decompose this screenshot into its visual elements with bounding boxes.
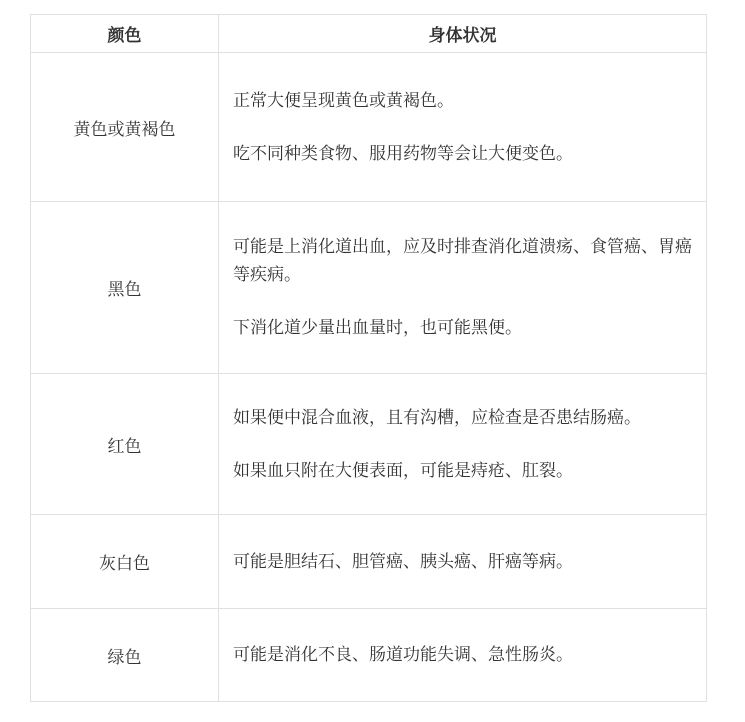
condition-cell: 可能是胆结石、胆管癌、胰头癌、肝癌等病。 — [219, 515, 707, 609]
condition-paragraph: 吃不同种类食物、服用药物等会让大便变色。 — [233, 140, 692, 168]
condition-paragraph: 可能是上消化道出血，应及时排查消化道溃疡、食管癌、胃癌等疾病。 — [233, 233, 692, 289]
condition-paragraph: 如果便中混合血液，且有沟槽，应检查是否患结肠癌。 — [233, 404, 692, 432]
color-cell: 红色 — [31, 374, 219, 515]
condition-cell: 可能是消化不良、肠道功能失调、急性肠炎。 — [219, 609, 707, 702]
header-color: 颜色 — [31, 15, 219, 53]
condition-paragraph: 可能是胆结石、胆管癌、胰头癌、肝癌等病。 — [233, 548, 692, 576]
color-cell: 绿色 — [31, 609, 219, 702]
table-row: 红色 如果便中混合血液，且有沟槽，应检查是否患结肠癌。 如果血只附在大便表面，可… — [31, 374, 707, 515]
condition-paragraph: 可能是消化不良、肠道功能失调、急性肠炎。 — [233, 641, 692, 669]
table-header-row: 颜色 身体状况 — [31, 15, 707, 53]
condition-paragraph: 正常大便呈现黄色或黄褐色。 — [233, 87, 692, 115]
table-row: 灰白色 可能是胆结石、胆管癌、胰头癌、肝癌等病。 — [31, 515, 707, 609]
condition-paragraph: 下消化道少量出血量时，也可能黑便。 — [233, 314, 692, 342]
color-cell: 黄色或黄褐色 — [31, 53, 219, 202]
stool-color-health-table: 颜色 身体状况 黄色或黄褐色 正常大便呈现黄色或黄褐色。 吃不同种类食物、服用药… — [30, 14, 707, 702]
table-row: 黑色 可能是上消化道出血，应及时排查消化道溃疡、食管癌、胃癌等疾病。 下消化道少… — [31, 202, 707, 374]
color-cell: 黑色 — [31, 202, 219, 374]
condition-paragraph: 如果血只附在大便表面，可能是痔疮、肛裂。 — [233, 457, 692, 485]
color-cell: 灰白色 — [31, 515, 219, 609]
health-color-table-container: 颜色 身体状况 黄色或黄褐色 正常大便呈现黄色或黄褐色。 吃不同种类食物、服用药… — [30, 14, 707, 702]
header-condition: 身体状况 — [219, 15, 707, 53]
condition-cell: 如果便中混合血液，且有沟槽，应检查是否患结肠癌。 如果血只附在大便表面，可能是痔… — [219, 374, 707, 515]
table-row: 黄色或黄褐色 正常大便呈现黄色或黄褐色。 吃不同种类食物、服用药物等会让大便变色… — [31, 53, 707, 202]
condition-cell: 可能是上消化道出血，应及时排查消化道溃疡、食管癌、胃癌等疾病。 下消化道少量出血… — [219, 202, 707, 374]
condition-cell: 正常大便呈现黄色或黄褐色。 吃不同种类食物、服用药物等会让大便变色。 — [219, 53, 707, 202]
table-row: 绿色 可能是消化不良、肠道功能失调、急性肠炎。 — [31, 609, 707, 702]
